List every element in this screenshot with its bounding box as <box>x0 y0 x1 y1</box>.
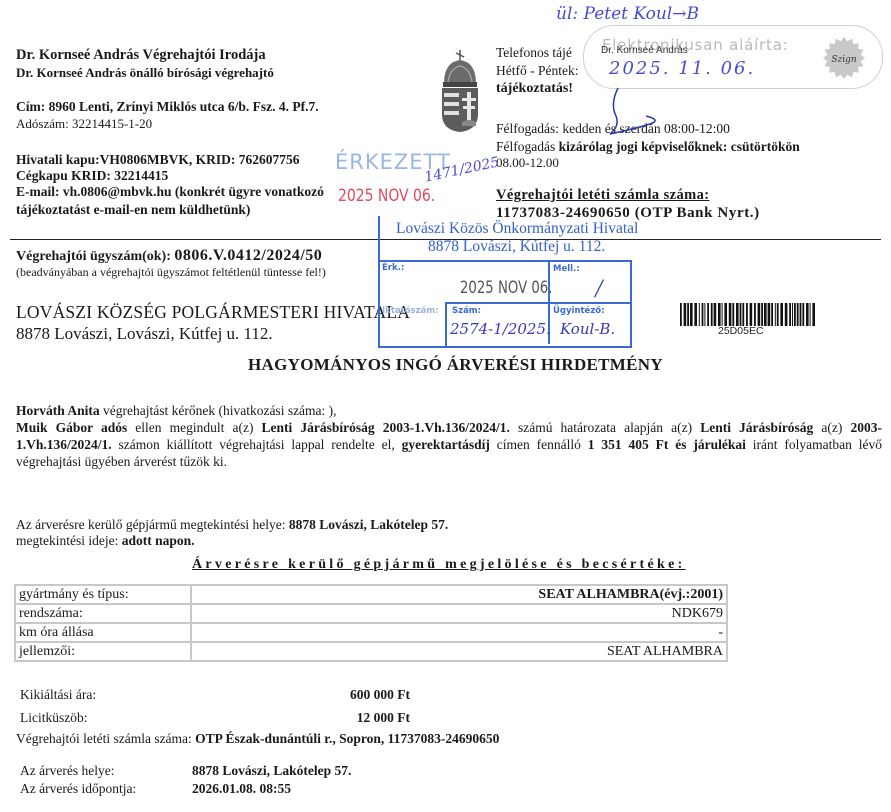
viewing-place-value: 8878 Lovászi, Lakótelep 57. <box>289 517 448 532</box>
stamp-office-address: 8878 Lovászi, Kútfej u. 112. <box>428 238 605 256</box>
phone-info-end: tájékoztatás! <box>496 81 573 97</box>
stamp-office-name: Lovászi Közös Önkormányzati Hivatal <box>396 220 638 238</box>
court-decision: Lenti Járásbíróság 2003-1.Vh.136/2024/1. <box>262 420 510 435</box>
body-paragraph: Horváth Anita végrehajtást kérőnek (hiva… <box>16 402 882 470</box>
viewing-time-label: megtekintési ideje: <box>16 533 122 548</box>
body-text: ellen megindult a(z) <box>127 420 261 435</box>
auction-place-label: Az árverés helye: <box>20 763 114 779</box>
signature-signer: Dr. Kornseé András <box>601 45 688 56</box>
auction-time-label: Az árverés időpontja: <box>20 781 136 797</box>
viewing-time: megtekintési ideje: adott napon. <box>16 533 195 549</box>
deposit-account-line: Végrehajtói letéti számla száma: OTP Ész… <box>16 731 499 747</box>
received-stamp-date: 2025 NOV 06. <box>338 186 435 206</box>
table-row: rendszáma:NDK679 <box>15 604 727 623</box>
handwritten-signature-icon <box>590 86 660 146</box>
deposit-account-label: Végrehajtói letéti számla száma: <box>16 731 195 746</box>
stamp-szam-value: 2574-1/2025. <box>450 320 551 338</box>
office-address: Cím: 8960 Lenti, Zrínyi Miklós utca 6/b.… <box>16 99 319 115</box>
stamp-erk-date: 2025 NOV 06. <box>460 278 552 298</box>
stamp-mell-value: / <box>595 274 602 304</box>
stamp-ugyintezo-label: Ügyintéző: <box>553 306 605 316</box>
phone-info: Telefonos tájé <box>496 45 572 61</box>
case-number-note: (beadványában a végrehajtói ügyszámot fe… <box>16 265 326 280</box>
barcode-icon <box>680 303 815 326</box>
vehicle-field-value: SEAT ALHAMBRA(évj.:2001) <box>191 585 727 604</box>
stamp-mell-label: Mell.: <box>553 264 580 274</box>
table-row: jellemzői:SEAT ALHAMBRA <box>15 642 727 661</box>
vehicle-field-label: rendszáma: <box>15 604 191 623</box>
hivatali-kapu: Hivatali kapu:VH0806MBVK, KRID: 76260775… <box>16 152 300 168</box>
deposit-account-bank: OTP Észak-dunántúli r., Sopron, 11737083… <box>195 731 499 746</box>
document-title: HAGYOMÁNYOS INGÓ ÁRVERÉSI HIRDETMÉNY <box>248 355 663 375</box>
body-text: végrehajtást kérőnek (hivatkozási száma:… <box>100 403 337 418</box>
deposit-account-heading: Végrehajtói letéti számla száma: <box>496 187 709 204</box>
signature-date: 2025. 11. 06. <box>609 58 755 79</box>
viewing-place: Az árverésre kerülő gépjármű megtekintés… <box>16 517 448 533</box>
body-text: a(z) <box>813 420 850 435</box>
phone-hours: Hétfő - Péntek: <box>496 63 578 79</box>
vehicle-field-label: gyártmány és típus: <box>15 585 191 604</box>
claim-type: gyerektartásdíj <box>402 437 490 452</box>
vehicle-field-label: jellemzői: <box>15 642 191 661</box>
auction-time-value: 2026.01.08. 08:55 <box>192 781 291 797</box>
viewing-place-label: Az árverésre kerülő gépjármű megtekintés… <box>16 517 289 532</box>
stamp-iktato-label: Iktatószám: <box>382 306 439 316</box>
claim-amount: 1 351 405 Ft és járulékai <box>588 437 746 452</box>
handwritten-routing-note: ül: Petet Koul→B <box>556 4 699 24</box>
case-number-value: 0806.V.0412/2024/50 <box>174 247 322 264</box>
vehicle-field-value: - <box>191 623 727 642</box>
creditor-name: Horváth Anita <box>16 403 100 418</box>
table-row: gyártmány és típus:SEAT ALHAMBRA(évj.:20… <box>15 585 727 604</box>
bid-step-label: Licitküszöb: <box>20 710 88 726</box>
registry-stamp: Lovászi Közös Önkormányzati Hivatal 8878… <box>360 210 630 346</box>
reception-prefix: Félfogadás <box>496 139 559 154</box>
vehicle-table: gyártmány és típus:SEAT ALHAMBRA(évj.:20… <box>14 584 728 662</box>
auction-place-value: 8878 Lovászi, Lakótelep 57. <box>192 763 351 779</box>
vehicle-field-value: SEAT ALHAMBRA <box>191 642 727 661</box>
case-number-label: Végrehajtói ügyszám(ok): <box>16 249 174 264</box>
stamp-szam-label: Szám: <box>452 306 481 316</box>
office-title: Dr. Kornseé András Végrehajtói Irodája <box>16 47 266 64</box>
starting-price-value: 600 000 Ft <box>260 687 410 703</box>
table-row: km óra állása- <box>15 623 727 642</box>
email-note: tájékoztatást e-mail-en nem küldhetünk) <box>16 202 250 218</box>
reception-hours-3: 08.00-12.00 <box>496 155 559 171</box>
coat-of-arms-icon <box>438 48 482 134</box>
court-name: Lenti Járásbíróság <box>700 420 813 435</box>
stamp-ugyintezo-value: Koul-B. <box>560 320 615 338</box>
vehicle-field-label: km óra állása <box>15 623 191 642</box>
seal-icon: Szign <box>822 36 866 80</box>
tax-number: Adószám: 32214415-1-20 <box>16 116 152 132</box>
stamp-erk-label: Érk.: <box>382 263 404 273</box>
starting-price-label: Kikiáltási ára: <box>20 687 96 703</box>
case-number: Végrehajtói ügyszám(ok): 0806.V.0412/202… <box>16 247 322 265</box>
debtor-name: Muik Gábor adós <box>16 420 127 435</box>
body-text: számú határozata alapján a(z) <box>510 420 700 435</box>
recipient-name: LOVÁSZI KÖZSÉG POLGÁRMESTERI HIVATALA <box>16 302 410 323</box>
recipient-address: 8878 Lovászi, Lovászi, Kútfej u. 112. <box>16 324 273 344</box>
viewing-time-value: adott napon. <box>122 533 195 548</box>
vehicle-field-value: NDK679 <box>191 604 727 623</box>
body-text: címen fennálló <box>490 437 588 452</box>
bid-step-value: 12 000 Ft <box>260 710 410 726</box>
vehicle-section-title: Árverésre kerülő gépjármű megjelölése és… <box>192 557 686 573</box>
body-text: számon kiállított végrehajtási lappal re… <box>112 437 402 452</box>
barcode-text: 25D05EC <box>718 325 764 337</box>
office-subtitle: Dr. Kornseé András önálló bírósági végre… <box>16 65 274 81</box>
cegkapu: Cégkapu KRID: 32214415 <box>16 168 168 184</box>
email-line: E-mail: vh.0806@mbvk.hu (konkrét ügyre v… <box>16 184 324 200</box>
seal-text: Szign <box>831 55 857 65</box>
